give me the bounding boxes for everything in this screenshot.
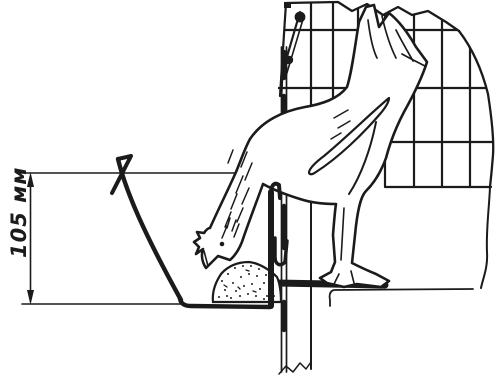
latch-dot-lower xyxy=(285,56,293,64)
latch-dot-upper xyxy=(295,12,306,23)
feeder-diagram: 105 мм xyxy=(0,0,500,390)
torn-edge-lower-right xyxy=(481,187,490,288)
dimension-arrowhead-bottom xyxy=(27,290,34,305)
torn-edge-bottom xyxy=(279,362,311,374)
trough-left-wall xyxy=(118,159,181,300)
illustration-page: 105 мм xyxy=(0,0,500,390)
dimension-label: 105 мм xyxy=(7,167,31,258)
latch-pin xyxy=(284,2,291,8)
mesh-torn-edge-right xyxy=(459,31,493,187)
hen-eye xyxy=(220,242,225,247)
floor-line xyxy=(330,289,473,306)
